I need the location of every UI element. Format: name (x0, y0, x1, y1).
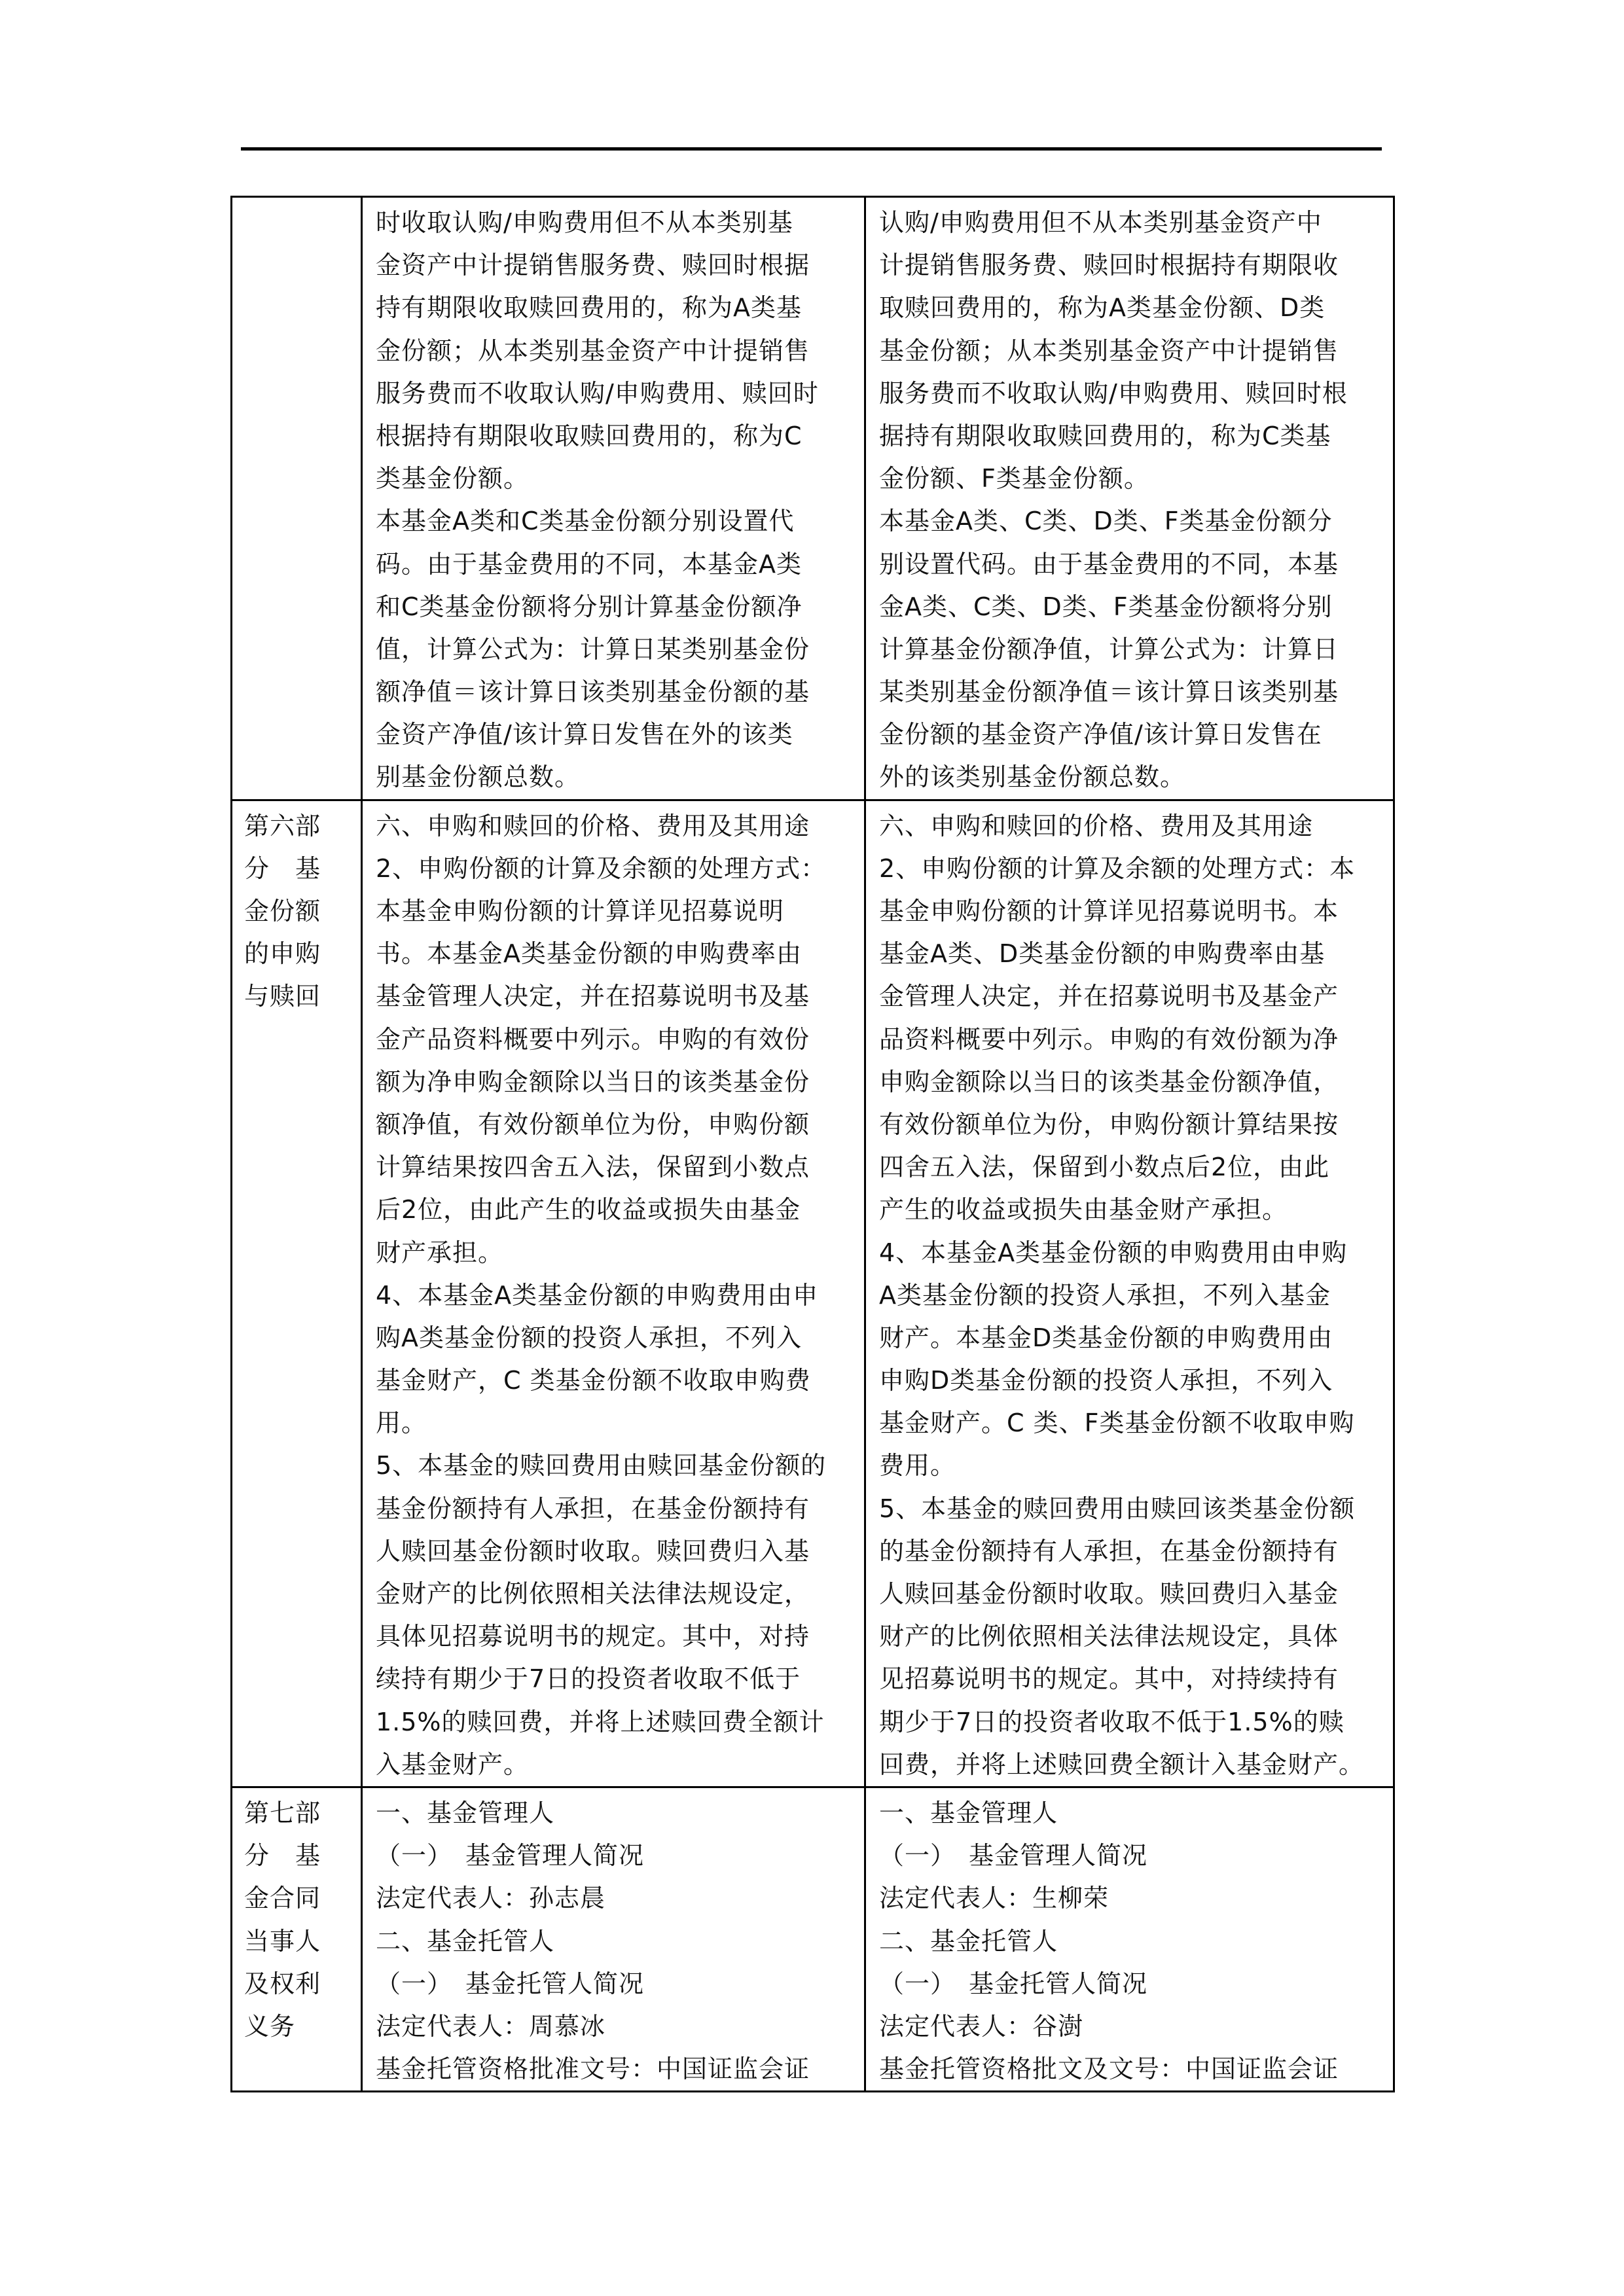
text-line: 法定代表人：周慕冰 (376, 2005, 857, 2048)
text-line: 金份额、F类基金份额。 (879, 457, 1386, 500)
text-line: 服务费而不收取认购/申购费用、赎回时根 (879, 372, 1386, 415)
text-line: 取赎回费用的，称为A类基金份额、D类 (879, 287, 1386, 329)
text-line: 的基金份额持有人承担，在基金份额持有 (879, 1530, 1386, 1573)
text-line: 金A类、C类、D类、F类基金份额将分别 (879, 586, 1386, 628)
text-line: 一、基金管理人 (376, 1792, 857, 1835)
revised-text-cell: 六、申购和赎回的价格、费用及其用途2、申购份额的计算及余额的处理方式：本基金申购… (865, 800, 1394, 1787)
text-line: 计算结果按四舍五入法，保留到小数点 (376, 1146, 857, 1189)
text-line: 外的该类别基金份额总数。 (879, 756, 1386, 798)
text-line: 5、本基金的赎回费用由赎回该类基金份额 (879, 1488, 1386, 1530)
text-line: 有效份额单位为份，申购份额计算结果按 (879, 1103, 1386, 1146)
text-line: 本基金A类和C类基金份额分别设置代 (376, 500, 857, 543)
text-line: 本基金A类、C类、D类、F类基金份额分 (879, 500, 1386, 543)
text-line: 额为净申购金额除以当日的该类基金份 (376, 1061, 857, 1103)
text-line: 4、本基金A类基金份额的申购费用由申 (376, 1274, 857, 1317)
text-line: 时收取认购/申购费用但不从本类别基 (376, 202, 857, 244)
text-line: 基金份额持有人承担，在基金份额持有 (376, 1488, 857, 1530)
text-line: 产生的收益或损失由基金财产承担。 (879, 1189, 1386, 1231)
text-line: 和C类基金份额将分别计算基金份额净 (376, 586, 857, 628)
text-line: 二、基金托管人 (376, 1920, 857, 1963)
text-line: 基金托管资格批准文号：中国证监会证 (376, 2048, 857, 2090)
text-line: 5、本基金的赎回费用由赎回基金份额的 (376, 1444, 857, 1487)
text-line: 金资产净值/该计算日发售在外的该类 (376, 713, 857, 756)
section-cell: 第七部分 基金合同当事人及权利义务 (232, 1787, 362, 2091)
text-line: 认购/申购费用但不从本类别基金资产中 (879, 202, 1386, 244)
text-line: 分 基 (244, 848, 354, 890)
current-text-cell: 时收取认购/申购费用但不从本类别基金资产中计提销售服务费、赎回时根据持有期限收取… (362, 197, 865, 800)
text-line: 人赎回基金份额时收取。赎回费归入基 (376, 1530, 857, 1573)
text-line: 及权利 (244, 1963, 354, 2005)
table-row: 第七部分 基金合同当事人及权利义务 一、基金管理人（一） 基金管理人简况法定代表… (232, 1787, 1394, 2091)
text-line: 人赎回基金份额时收取。赎回费归入基金 (879, 1573, 1386, 1615)
text-line: 法定代表人：孙志晨 (376, 1877, 857, 1920)
text-line: 持有期限收取赎回费用的，称为A类基 (376, 287, 857, 329)
text-line: 用。 (376, 1402, 857, 1444)
text-line: 码。由于基金费用的不同，本基金A类 (376, 543, 857, 586)
section-cell (232, 197, 362, 800)
text-line: 财产承担。 (376, 1232, 857, 1274)
text-line: 别设置代码。由于基金费用的不同，本基 (879, 543, 1386, 586)
text-line: 见招募说明书的规定。其中，对持续持有 (879, 1658, 1386, 1700)
text-line: 基金管理人决定，并在招募说明书及基 (376, 975, 857, 1018)
text-line: 金资产中计提销售服务费、赎回时根据 (376, 244, 857, 287)
text-line: 额净值＝该计算日该类别基金份额的基 (376, 671, 857, 713)
text-line: 2、申购份额的计算及余额的处理方式：本 (879, 848, 1386, 890)
text-line: 费用。 (879, 1444, 1386, 1487)
text-line: 金产品资料概要中列示。申购的有效份 (376, 1018, 857, 1061)
text-line: 金管理人决定，并在招募说明书及基金产 (879, 975, 1386, 1018)
page-header-rule (241, 147, 1382, 151)
section-cell: 第六部分 基金份额的申购与赎回 (232, 800, 362, 1787)
text-line: 金合同 (244, 1877, 354, 1920)
text-line: 法定代表人：生柳荣 (879, 1877, 1386, 1920)
text-line: 本基金申购份额的计算详见招募说明 (376, 890, 857, 933)
text-line: 计提销售服务费、赎回时根据持有期限收 (879, 244, 1386, 287)
text-line: 4、本基金A类基金份额的申购费用由申购 (879, 1232, 1386, 1274)
text-line: 回费，并将上述赎回费全额计入基金财产。 (879, 1744, 1386, 1786)
current-text-cell: 一、基金管理人（一） 基金管理人简况法定代表人：孙志晨二、基金托管人（一） 基金… (362, 1787, 865, 2091)
text-line: 与赎回 (244, 975, 354, 1018)
text-line: 财产的比例依照相关法律法规设定，具体 (879, 1615, 1386, 1658)
text-line: 某类别基金份额净值＝该计算日该类别基 (879, 671, 1386, 713)
text-line: 申购金额除以当日的该类基金份额净值， (879, 1061, 1386, 1103)
text-line: （一） 基金托管人简况 (879, 1963, 1386, 2005)
text-line: 金份额；从本类别基金资产中计提销售 (376, 330, 857, 372)
text-line: 购A类基金份额的投资人承担，不列入 (376, 1317, 857, 1359)
text-line: 金份额 (244, 890, 354, 933)
text-line: 期少于7日的投资者收取不低于1.5%的赎 (879, 1701, 1386, 1744)
text-line: 书。本基金A类基金份额的申购费率由 (376, 933, 857, 975)
text-line: 2、申购份额的计算及余额的处理方式： (376, 848, 857, 890)
text-line: 六、申购和赎回的价格、费用及其用途 (376, 805, 857, 848)
text-line: 基金财产。C 类、F类基金份额不收取申购 (879, 1402, 1386, 1444)
text-line: 别基金份额总数。 (376, 756, 857, 798)
text-line: 申购D类基金份额的投资人承担，不列入 (879, 1359, 1386, 1402)
table-row: 第六部分 基金份额的申购与赎回 六、申购和赎回的价格、费用及其用途2、申购份额的… (232, 800, 1394, 1787)
text-line: （一） 基金托管人简况 (376, 1963, 857, 2005)
revised-text-cell: 一、基金管理人（一） 基金管理人简况法定代表人：生柳荣二、基金托管人（一） 基金… (865, 1787, 1394, 2091)
text-line: A类基金份额的投资人承担，不列入基金 (879, 1274, 1386, 1317)
text-line: 金份额的基金资产净值/该计算日发售在 (879, 713, 1386, 756)
text-line: 金财产的比例依照相关法律法规设定， (376, 1573, 857, 1615)
text-line: 四舍五入法，保留到小数点后2位，由此 (879, 1146, 1386, 1189)
text-line: 分 基 (244, 1835, 354, 1877)
text-line: （一） 基金管理人简况 (879, 1835, 1386, 1877)
text-line: 第七部 (244, 1792, 354, 1835)
revised-text-cell: 认购/申购费用但不从本类别基金资产中计提销售服务费、赎回时根据持有期限收取赎回费… (865, 197, 1394, 800)
text-line: 二、基金托管人 (879, 1920, 1386, 1963)
text-line: 额净值，有效份额单位为份，申购份额 (376, 1103, 857, 1146)
text-line: 服务费而不收取认购/申购费用、赎回时 (376, 372, 857, 415)
text-line: 计算基金份额净值，计算公式为：计算日 (879, 628, 1386, 671)
text-line: 品资料概要中列示。申购的有效份额为净 (879, 1018, 1386, 1061)
text-line: 入基金财产。 (376, 1744, 857, 1786)
text-line: 值，计算公式为：计算日某类别基金份 (376, 628, 857, 671)
text-line: 基金份额；从本类别基金资产中计提销售 (879, 330, 1386, 372)
text-line: 法定代表人：谷澍 (879, 2005, 1386, 2048)
text-line: 基金财产，C 类基金份额不收取申购费 (376, 1359, 857, 1402)
text-line: 一、基金管理人 (879, 1792, 1386, 1835)
table-row: 时收取认购/申购费用但不从本类别基金资产中计提销售服务费、赎回时根据持有期限收取… (232, 197, 1394, 800)
text-line: 的申购 (244, 933, 354, 975)
text-line: 财产。本基金D类基金份额的申购费用由 (879, 1317, 1386, 1359)
text-line: 根据持有期限收取赎回费用的，称为C (376, 415, 857, 457)
text-line: 续持有期少于7日的投资者收取不低于 (376, 1658, 857, 1700)
text-line: 当事人 (244, 1920, 354, 1963)
current-text-cell: 六、申购和赎回的价格、费用及其用途2、申购份额的计算及余额的处理方式：本基金申购… (362, 800, 865, 1787)
text-line: （一） 基金管理人简况 (376, 1835, 857, 1877)
text-line: 六、申购和赎回的价格、费用及其用途 (879, 805, 1386, 848)
text-line: 类基金份额。 (376, 457, 857, 500)
text-line: 据持有期限收取赎回费用的，称为C类基 (879, 415, 1386, 457)
text-line: 具体见招募说明书的规定。其中，对持 (376, 1615, 857, 1658)
text-line: 1.5%的赎回费，并将上述赎回费全额计 (376, 1701, 857, 1744)
text-line: 第六部 (244, 805, 354, 848)
comparison-table: 时收取认购/申购费用但不从本类别基金资产中计提销售服务费、赎回时根据持有期限收取… (230, 196, 1395, 2092)
text-line: 后2位，由此产生的收益或损失由基金 (376, 1189, 857, 1231)
text-line: 义务 (244, 2005, 354, 2048)
text-line: 基金托管资格批文及文号：中国证监会证 (879, 2048, 1386, 2090)
text-line: 基金A类、D类基金份额的申购费率由基 (879, 933, 1386, 975)
text-line: 基金申购份额的计算详见招募说明书。本 (879, 890, 1386, 933)
